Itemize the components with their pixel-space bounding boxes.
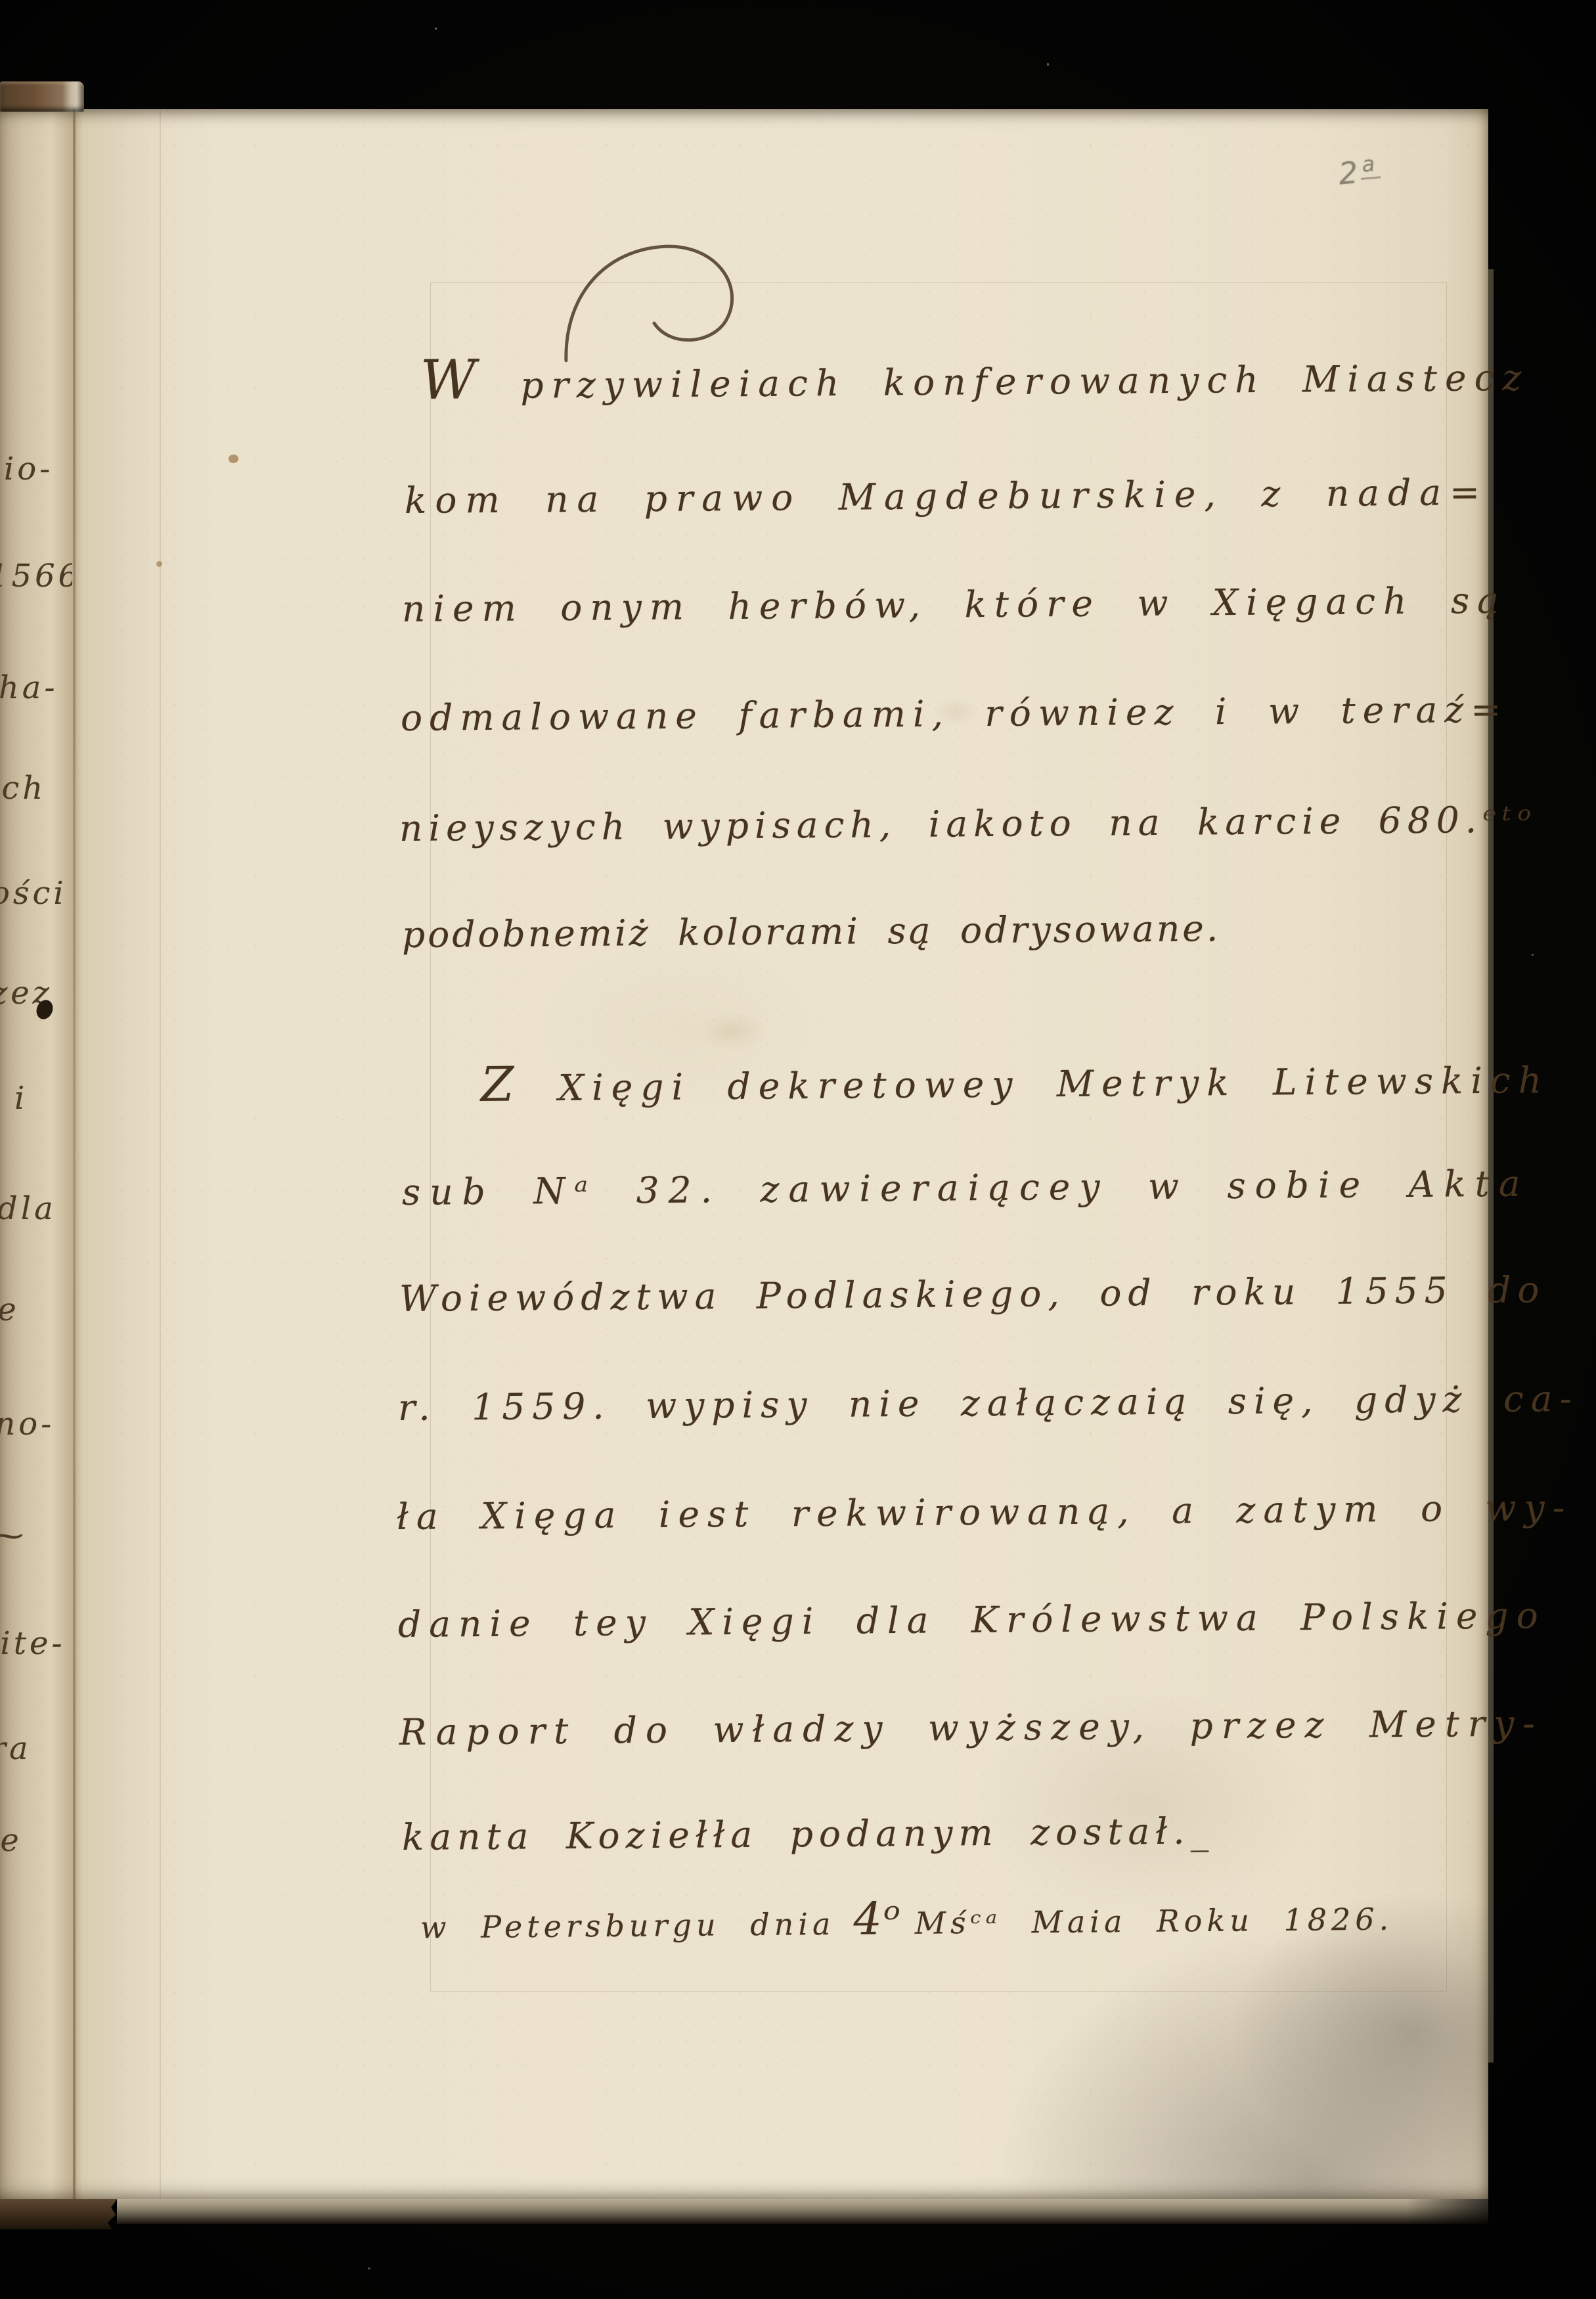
dust-speck <box>368 2267 370 2269</box>
dust-speck <box>435 28 437 30</box>
manuscript-line: W przywileiach konferowanych Miastecz <box>420 345 1530 408</box>
manuscript-line: Raport do władzy wyższey, przez Metry- <box>399 1705 1543 1751</box>
left-page-fragment: dla <box>0 1193 56 1224</box>
manuscript-line: danie tey Xięgi dla Królewstwa Polskiego <box>398 1597 1546 1643</box>
dust-speck <box>1532 954 1534 956</box>
paper-speck <box>156 561 162 567</box>
left-page-fragment: ie <box>0 1825 22 1856</box>
manuscript-line: niem onym herbów, które w Xięgach są <box>402 583 1507 627</box>
folio-number-pencil: 2a <box>1337 150 1382 191</box>
left-page-fragment: cha- <box>0 672 58 703</box>
dateline-place: w Petersburgu dnia <box>420 1906 835 1946</box>
left-page-fragment: 1566. <box>0 560 72 592</box>
manuscript-line: r. 1559. wypisy nie załączaią się, gdyż … <box>398 1381 1580 1426</box>
left-page-fragment: lite- <box>0 1628 66 1659</box>
manuscript-line: ła Xięga iest rekwirowaną, a zatym o wy- <box>397 1490 1573 1535</box>
left-page-fragment: nio- <box>0 453 53 485</box>
left-page-fragment: ości <box>0 878 67 909</box>
dust-speck <box>1047 63 1049 66</box>
manuscript-line: nieyszych wypisach, iakoto na karcie 680… <box>399 801 1538 847</box>
manuscript-line: Woiewództwa Podlaskiego, od roku 1555 do <box>399 1272 1546 1317</box>
left-page-fragment: ra <box>0 1733 32 1764</box>
manuscript-line: Z Xięgi dekretowey Metryk Litewskich <box>481 1053 1550 1109</box>
paper-stain-faint <box>933 696 979 726</box>
left-page-edge-strip: nio- 1566. cha- ich ości rzez i dla ie l… <box>0 109 72 2199</box>
manuscript-dateline: w Petersburgu dnia4ᵒMśᶜᵃ Maia Roku 1826. <box>420 1893 1394 1946</box>
page-stack-bottom-edge <box>117 2199 1488 2224</box>
manuscript-line: sub Nᵃ 32. zawieraiącey w sobie Akta <box>402 1166 1530 1211</box>
left-page-fragment: i <box>14 1083 28 1114</box>
left-page-fragment: ⁓ <box>0 1520 27 1551</box>
folio-letter: a <box>1359 150 1381 179</box>
spine-leather-top <box>0 81 84 112</box>
gutter-fold-line <box>73 109 76 2199</box>
paper-crease <box>160 109 161 2199</box>
folio-digit: 2 <box>1337 154 1362 192</box>
dateline-day: 4ᵒ <box>853 1893 902 1946</box>
left-page-fragment: ie <box>0 1294 20 1326</box>
spine-leather-bottom <box>0 2199 117 2229</box>
left-page-fragment: ich <box>0 772 46 804</box>
dateline-month-year: Mśᶜᵃ Maia Roku 1826. <box>915 1902 1394 1941</box>
left-page-fragment: lno- <box>0 1408 55 1440</box>
paper-stain-faint <box>696 1012 768 1051</box>
manuscript-line: podobnemiż kolorami są odrysowane. <box>402 910 1221 953</box>
paper-stain-small <box>229 455 238 463</box>
manuscript-line: kom na prawo Magdeburskie, z nada= <box>405 474 1489 519</box>
manuscript-line: kanta Koziełła podanym został._ <box>402 1813 1215 1856</box>
